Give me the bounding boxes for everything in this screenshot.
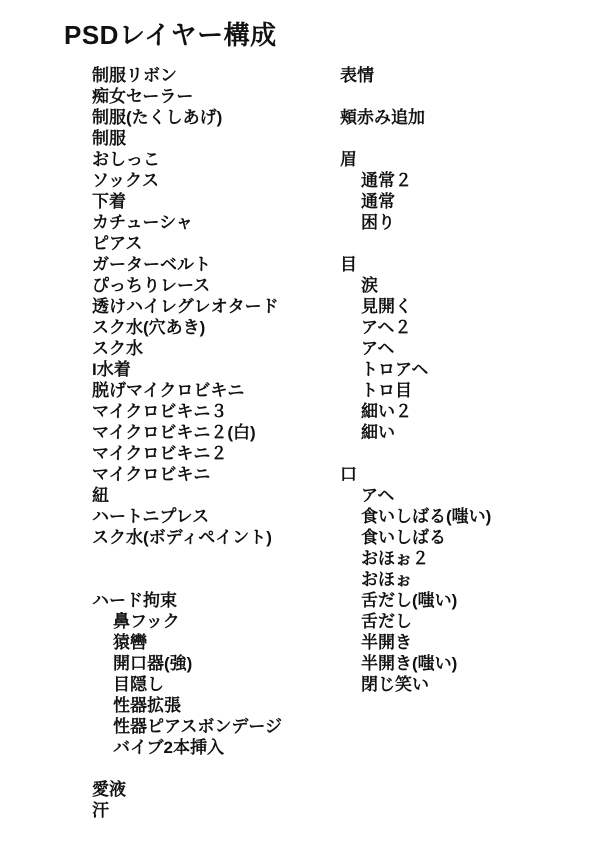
layer-item: 下着 [92,191,282,212]
layer-item: 制服 [92,128,282,149]
layer-item: スク水 [92,338,282,359]
layer-item: 食いしばる [340,527,491,548]
layer-item: アヘ [340,338,491,359]
layer-item: ハートニプレス [92,506,282,527]
layer-item: 閉じ笑い [340,674,491,695]
layer-item: ガーターベルト [92,254,282,275]
layer-item: 目隠し [92,674,282,695]
layer-item: マイクロビキニ２(白) [92,422,282,443]
layer-item: おほぉ [340,569,491,590]
layer-item: 表情 [340,65,491,86]
layer-item: 舌だし [340,611,491,632]
layer-item: 汗 [92,800,282,821]
layer-item: 舌だし(嗤い) [340,590,491,611]
layer-item: 性器ピアスボンデージ [92,716,282,737]
blank-line [92,569,282,590]
blank-line [92,758,282,779]
blank-line [340,128,491,149]
blank-line [340,233,491,254]
layer-item: 通常 [340,191,491,212]
layer-item: 痴女セーラー [92,86,282,107]
layer-item: アヘ [340,485,491,506]
layer-item: スク水(ボディペイント) [92,527,282,548]
layer-item: おしっこ [92,149,282,170]
layer-item: 制服リボン [92,65,282,86]
layer-item: 透けハイレグレオタード [92,296,282,317]
layer-item: 食いしばる(嗤い) [340,506,491,527]
layer-item: ピアス [92,233,282,254]
page-title: PSDレイヤー構成 [64,20,277,50]
layer-item: 困り [340,212,491,233]
layer-item: 鼻フック [92,611,282,632]
layer-item: 頬赤み追加 [340,107,491,128]
layer-item: カチューシャ [92,212,282,233]
layer-item: ソックス [92,170,282,191]
layer-item: バイブ2本挿入 [92,737,282,758]
layer-item: 脱げマイクロビキニ [92,380,282,401]
layer-item: 紐 [92,485,282,506]
layer-item: 開口器(強) [92,653,282,674]
blank-line [340,443,491,464]
layer-item: 性器拡張 [92,695,282,716]
layer-item: アヘ２ [340,317,491,338]
layer-item: マイクロビキニ２ [92,443,282,464]
layer-item: スク水(穴あき) [92,317,282,338]
layer-item: 目 [340,254,491,275]
layer-item: ぴっちりレース [92,275,282,296]
layer-item: おほぉ２ [340,548,491,569]
layer-item: 愛液 [92,779,282,800]
layer-item: トロ目 [340,380,491,401]
layer-list-right-column: 表情頬赤み追加眉通常２通常困り目涙見開くアヘ２アヘトロアヘトロ目細い２細い口アヘ… [340,65,491,695]
layer-item: ハード拘束 [92,590,282,611]
blank-line [340,86,491,107]
layer-item: 涙 [340,275,491,296]
layer-item: 口 [340,464,491,485]
layer-item: 細い [340,422,491,443]
layer-item: 見開く [340,296,491,317]
layer-item: マイクロビキニ３ [92,401,282,422]
layer-item: トロアヘ [340,359,491,380]
layer-item: 細い２ [340,401,491,422]
layer-item: 眉 [340,149,491,170]
layer-item: 半開き [340,632,491,653]
layer-item: I水着 [92,359,282,380]
layer-list-left-column: 制服リボン痴女セーラー制服(たくしあげ)制服おしっこソックス下着カチューシャピア… [92,65,282,821]
layer-item: 半開き(嗤い) [340,653,491,674]
layer-item: マイクロビキニ [92,464,282,485]
document-page: PSDレイヤー構成 制服リボン痴女セーラー制服(たくしあげ)制服おしっこソックス… [0,0,595,842]
layer-item: 猿轡 [92,632,282,653]
layer-item: 通常２ [340,170,491,191]
blank-line [92,548,282,569]
layer-item: 制服(たくしあげ) [92,107,282,128]
